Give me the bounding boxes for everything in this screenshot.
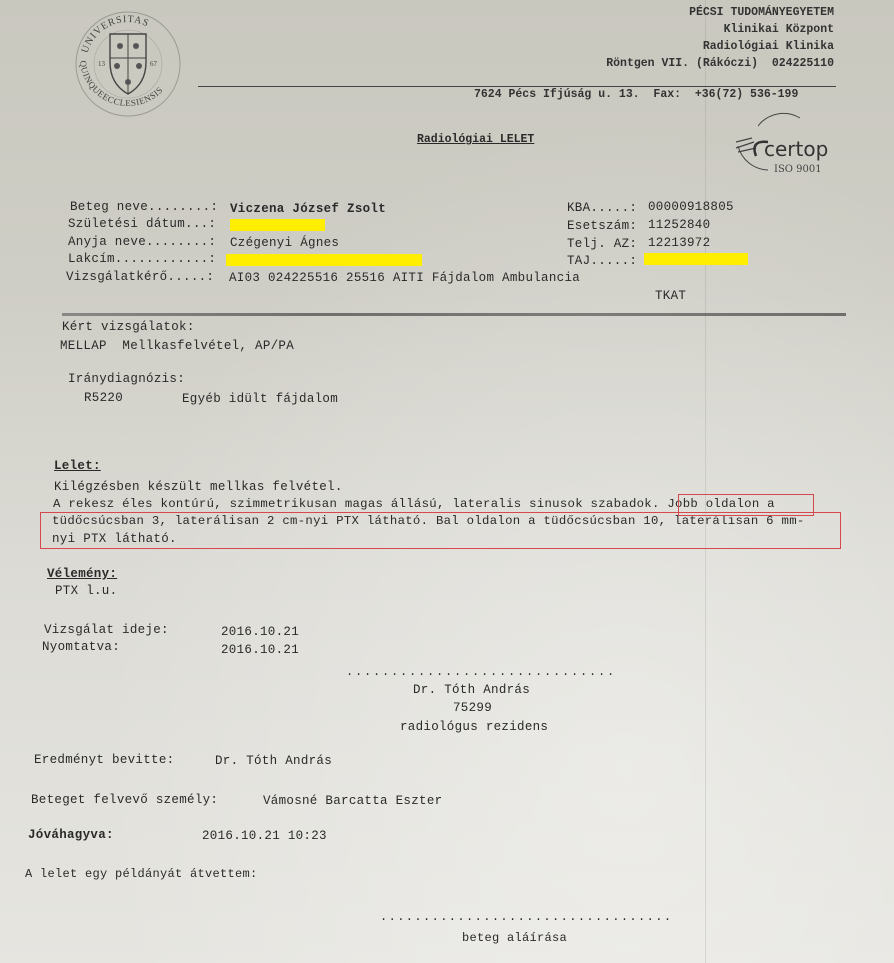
signature-line: .............................. bbox=[346, 665, 616, 679]
entered-by-label: Eredményt bevitte: bbox=[34, 753, 174, 767]
signer-role: radiológus rezidens bbox=[400, 720, 548, 734]
patient-name-label: Beteg neve........: bbox=[70, 200, 218, 214]
signer-id: 75299 bbox=[453, 701, 492, 715]
svg-text:67: 67 bbox=[150, 60, 158, 68]
diagnosis-label: Iránydiagnózis: bbox=[68, 372, 185, 386]
institution-center: Klinikai Központ bbox=[606, 21, 834, 38]
svg-text:certop: certop bbox=[764, 137, 828, 161]
printed-date-label: Nyomtatva: bbox=[42, 640, 120, 654]
diagnosis-code: R5220 bbox=[84, 391, 123, 405]
address-label: Lakcím............: bbox=[68, 252, 216, 266]
patient-name-value: Viczena József Zsolt bbox=[230, 202, 386, 216]
receipt-statement: A lelet egy példányát átvettem: bbox=[25, 867, 258, 881]
birth-date-label: Születési dátum...: bbox=[68, 217, 216, 231]
telj-az-value: 12213972 bbox=[648, 236, 710, 250]
approved-value: 2016.10.21 10:23 bbox=[202, 829, 327, 843]
institution-unit: Röntgen VII. (Rákóczi) 024225110 bbox=[606, 55, 834, 72]
taj-label: TAJ.....: bbox=[567, 254, 637, 268]
patient-signature-label: beteg aláírása bbox=[462, 931, 567, 945]
exam-date-label: Vizsgálat ideje: bbox=[44, 623, 169, 637]
institution-header: PÉCSI TUDOMÁNYEGYETEM Klinikai Központ R… bbox=[606, 4, 834, 72]
admitted-by-label: Beteget felvevő személy: bbox=[31, 793, 218, 807]
kba-value: 00000918805 bbox=[648, 200, 734, 214]
opinion-label: Vélemény: bbox=[47, 567, 117, 581]
patient-signature-line: .................................. bbox=[380, 910, 672, 924]
university-seal-icon: 13 67 UNIVERSITAS QUINQUEECCLESIENSIS bbox=[70, 8, 190, 120]
svg-text:13: 13 bbox=[98, 60, 106, 68]
birth-date-redaction bbox=[230, 219, 325, 231]
requested-exams-label: Kért vizsgálatok: bbox=[62, 320, 195, 334]
highlight-box-ptx-findings bbox=[40, 512, 841, 549]
printed-date-value: 2016.10.21 bbox=[221, 643, 299, 657]
entered-by-value: Dr. Tóth András bbox=[215, 754, 332, 768]
opinion-value: PTX l.u. bbox=[55, 584, 117, 598]
telj-az-label: Telj. AZ: bbox=[567, 237, 637, 251]
exam-date-value: 2016.10.21 bbox=[221, 625, 299, 639]
institution-clinic: Radiológiai Klinika bbox=[606, 38, 834, 55]
address-redaction bbox=[226, 254, 422, 266]
case-number-label: Esetszám: bbox=[567, 219, 637, 233]
certop-iso-logo-icon: certop ISO 9001 bbox=[728, 112, 848, 182]
paper-fold bbox=[705, 0, 706, 963]
kba-label: KBA.....: bbox=[567, 201, 637, 215]
findings-line-2: A rekesz éles kontúrú, szimmetrikusan ma… bbox=[53, 497, 775, 511]
referrer-value: AI03 024225516 25516 AITI Fájdalom Ambul… bbox=[229, 271, 580, 285]
findings-line-1: Kilégzésben készült mellkas felvétel. bbox=[54, 480, 343, 494]
department-code: TKAT bbox=[655, 289, 686, 303]
mother-name-label: Anyja neve........: bbox=[68, 235, 216, 249]
signer-name: Dr. Tóth András bbox=[413, 683, 530, 697]
svg-text:ISO 9001: ISO 9001 bbox=[774, 164, 822, 175]
mother-name-value: Czégenyi Ágnes bbox=[230, 236, 339, 250]
case-number-value: 11252840 bbox=[648, 218, 710, 232]
diagnosis-text: Egyéb idült fájdalom bbox=[182, 392, 338, 406]
requested-exams-value: MELLAP Mellkasfelvétel, AP/PA bbox=[60, 339, 294, 353]
document-title: Radiológiai LELET bbox=[417, 133, 534, 146]
header-divider bbox=[198, 86, 836, 87]
institution-address: 7624 Pécs Ifjúság u. 13. Fax: +36(72) 53… bbox=[474, 88, 798, 101]
referrer-label: Vizsgálatkérő.....: bbox=[66, 270, 214, 284]
taj-redaction bbox=[644, 253, 748, 265]
section-divider bbox=[62, 313, 846, 316]
approved-label: Jóváhagyva: bbox=[28, 828, 114, 842]
admitted-by-value: Vámosné Barcatta Eszter bbox=[263, 794, 442, 808]
findings-label: Lelet: bbox=[54, 459, 101, 473]
institution-name: PÉCSI TUDOMÁNYEGYETEM bbox=[606, 4, 834, 21]
